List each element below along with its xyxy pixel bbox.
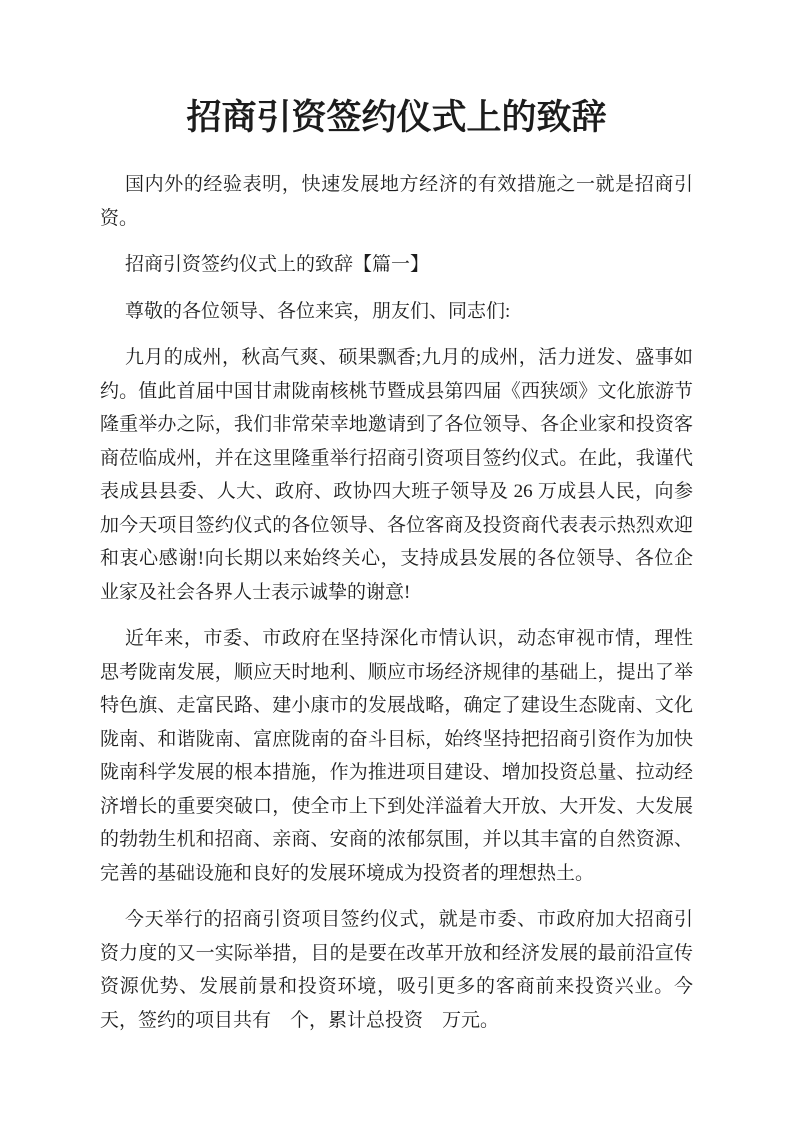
document-page: 招商引资签约仪式上的致辞 国内外的经验表明，快速发展地方经济的有效措施之一就是招… (0, 0, 793, 1122)
paragraph-section-heading: 招商引资签约仪式上的致辞【篇一】 (100, 248, 693, 282)
paragraph-ceremony-purpose: 今天举行的招商引资项目签约仪式，就是市委、市政府加大招商引资力度的又一实际举措，… (100, 903, 693, 1037)
document-title: 招商引资签约仪式上的致辞 (100, 96, 693, 140)
paragraph-intro: 国内外的经验表明，快速发展地方经济的有效措施之一就是招商引资。 (100, 168, 693, 235)
paragraph-welcome: 九月的成州，秋高气爽、硕果飘香;九月的成州，活力迸发、盛事如约。值此首届中国甘肃… (100, 341, 693, 609)
document-content: 招商引资签约仪式上的致辞 国内外的经验表明，快速发展地方经济的有效措施之一就是招… (0, 0, 793, 1037)
paragraph-development-strategy: 近年来，市委、市政府在坚持深化市情认识，动态审视市情，理性思考陇南发展，顺应天时… (100, 622, 693, 890)
paragraph-salutation: 尊敬的各位领导、各位来宾，朋友们、同志们: (100, 295, 693, 329)
